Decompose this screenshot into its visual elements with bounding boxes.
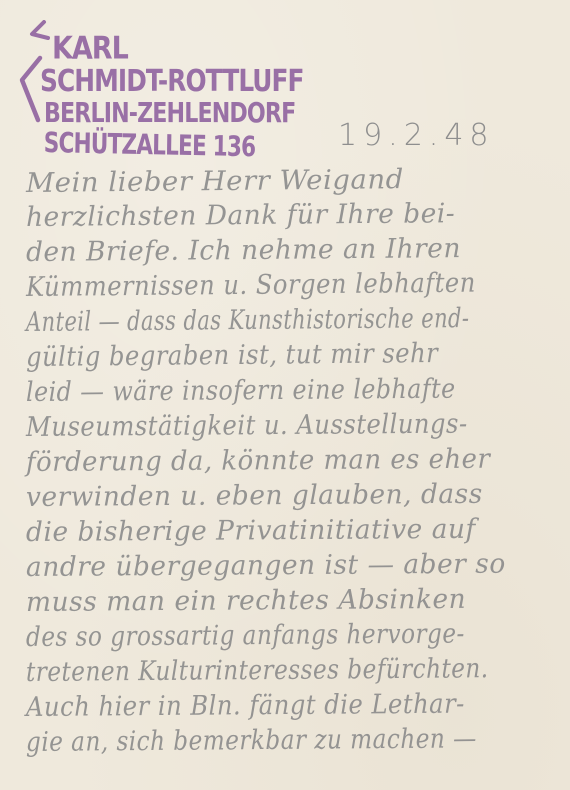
letter-line: Anteil — dass das Kunsthistorische end- [26, 303, 470, 338]
stamp-line-name-first: KARL [52, 30, 128, 67]
letter-line: tretenen Kulturinteresses befürchten. [26, 653, 489, 688]
letter-line: des so grossartig anfangs hervorge- [26, 618, 465, 653]
letter-line: Auch hier in Bln. fängt die Lethar- [26, 689, 465, 723]
letter-date: 19.2.48 [338, 118, 495, 153]
letter-line: andre übergegangen ist — aber so [26, 549, 506, 583]
letter-line: verwinden u. eben glauben, dass [26, 479, 483, 513]
letter-paper: KARL SCHMIDT-ROTTLUFF BERLIN-ZEHLENDORF … [0, 0, 570, 790]
letter-line: herzlichsten Dank für Ihre bei- [26, 198, 455, 233]
letterhead-stamp: KARL SCHMIDT-ROTTLUFF BERLIN-ZEHLENDORF … [22, 14, 302, 164]
letter-line: den Briefe. Ich nehme an Ihren [26, 233, 461, 268]
stamp-line-city: BERLIN-ZEHLENDORF [44, 96, 295, 129]
letter-line: gie an, sich bemerkbar zu machen — [26, 723, 477, 758]
stamp-line-street: SCHÜTZALLEE 136 [44, 126, 256, 163]
letter-line: muss man ein rechtes Absinken [26, 584, 466, 618]
letter-line: förderung da, könnte man es eher [26, 444, 491, 478]
letter-line: gültig begraben ist, tut mir sehr [26, 338, 438, 373]
letter-line: die bisherige Privatinitiative auf [26, 514, 476, 548]
letter-line: Kümmernissen u. Sorgen lebhaften [26, 268, 476, 303]
letter-line: leid — wäre insofern eine lebhafte [26, 374, 456, 408]
stamp-line-name-last: SCHMIDT-ROTTLUFF [40, 64, 304, 99]
letter-line: Museumstätigkeit u. Ausstellungs- [26, 409, 468, 443]
letter-line: Mein lieber Herr Weigand [26, 164, 404, 199]
